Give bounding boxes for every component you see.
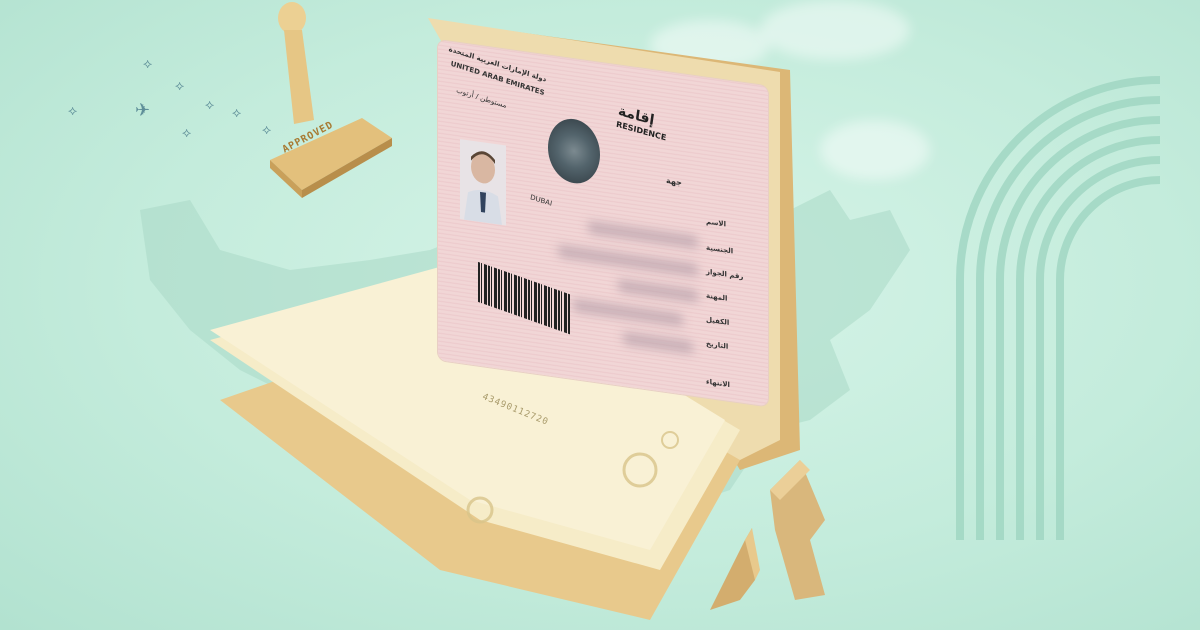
- issuer-label-arabic: جهة: [666, 176, 682, 187]
- field-label: الاسم: [706, 218, 726, 229]
- field-label: الانتهاء: [706, 378, 730, 389]
- field-label: الكفيل: [706, 316, 729, 327]
- bird-icon: ⟡: [68, 103, 77, 119]
- field-label: المهنة: [706, 292, 727, 303]
- visa-type-arabic: مستوطن / أرتوب: [456, 86, 508, 110]
- issue-place: DUBAI: [529, 193, 552, 208]
- residence-visa-card: دولة الإمارات العربية المتحدة UNITED ARA…: [438, 40, 768, 406]
- field-label: رقم الجواز: [706, 268, 743, 281]
- redacted-field: [623, 332, 693, 354]
- field-label: الجنسية: [706, 244, 733, 256]
- concentric-arcs-graphic: [940, 60, 1180, 540]
- bird-icon: ⟡: [143, 56, 152, 72]
- redacted-field: [618, 279, 698, 302]
- redacted-field: [558, 245, 698, 277]
- illustration-scene: ⟡ ✈ ⟡ ⟡ ⟡ ⟡ ⟡ ⟡ APPROVED: [0, 0, 1200, 630]
- redacted-field: [573, 299, 683, 326]
- holder-photo: [460, 139, 506, 225]
- visa-barcode: [478, 262, 570, 334]
- field-label: التاريخ: [706, 340, 728, 351]
- bird-icon: ✈: [135, 100, 150, 121]
- redacted-field: [588, 221, 698, 248]
- uae-emblem-seal: [548, 115, 600, 186]
- paper-shards-graphic: [700, 450, 850, 620]
